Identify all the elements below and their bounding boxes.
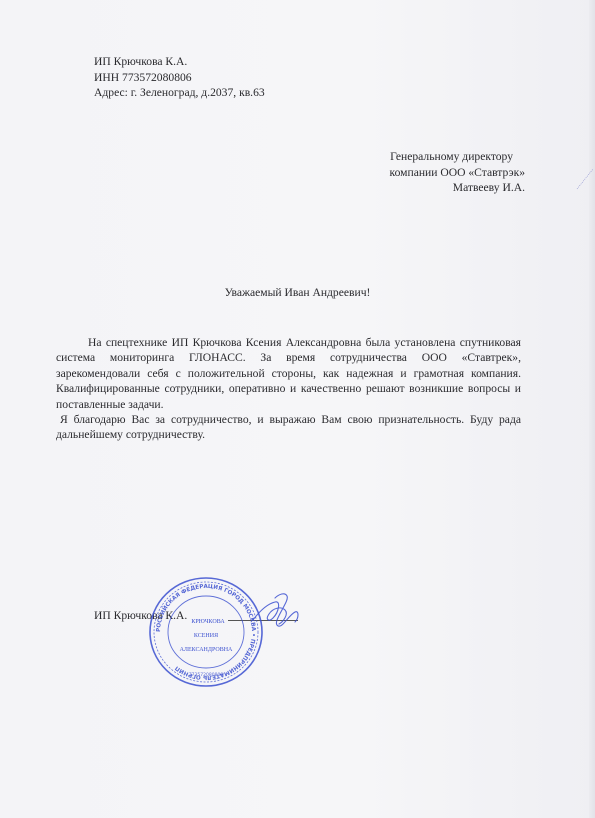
page-edge-shadow — [589, 0, 595, 818]
handwritten-signature-icon — [245, 590, 305, 635]
stamp-center-line3: АЛЕКСАНДРОВНА — [180, 647, 233, 653]
body-paragraph-1: На спецтехнике ИП Крючкова Ксения Алекса… — [56, 335, 521, 412]
recipient-block: Генеральному директору компании ООО «Ста… — [360, 149, 525, 196]
recipient-name: Матвееву И.А. — [360, 180, 525, 196]
sender-inn: ИНН 773572080806 — [94, 70, 265, 86]
stamp-bottom-number: 773572080806 — [189, 672, 223, 678]
scan-artifact-line — [575, 165, 595, 190]
sender-name: ИП Крючкова К.А. — [94, 54, 265, 70]
letter-page: ИП Крючкова К.А. ИНН 773572080806 Адрес:… — [0, 0, 595, 818]
salutation: Уважаемый Иван Андреевич! — [0, 286, 595, 299]
sender-block: ИП Крючкова К.А. ИНН 773572080806 Адрес:… — [94, 54, 265, 101]
body-paragraph-2: Я благодарю Вас за сотрудничество, и выр… — [56, 412, 521, 443]
letter-body: На спецтехнике ИП Крючкова Ксения Алекса… — [56, 335, 521, 443]
stamp-center-line1: КРЮЧКОВА — [191, 619, 225, 625]
recipient-position: Генеральному директору — [360, 149, 525, 165]
recipient-company: компании ООО «Ставтрэк» — [360, 165, 525, 181]
sender-address: Адрес: г. Зеленоград, д.2037, кв.63 — [94, 85, 265, 101]
stamp-center-line2: КСЕНИЯ — [194, 633, 218, 639]
